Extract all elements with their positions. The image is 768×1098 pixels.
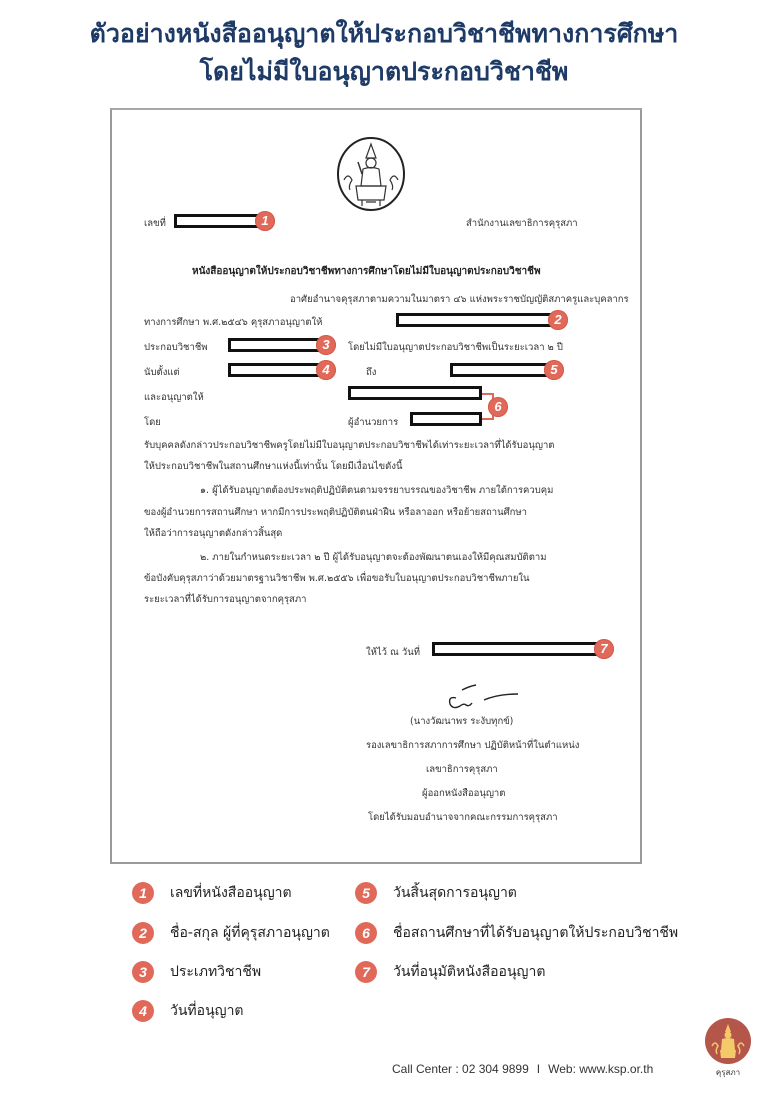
- legend-badge: 2: [132, 922, 154, 944]
- badge-1: 1: [255, 211, 275, 231]
- body-line2: ให้ประกอบวิชาชีพในสถานศึกษาแห่งนี้เท่านั…: [144, 459, 402, 474]
- legend-badge: 5: [355, 882, 377, 904]
- body-line1: รับบุคคลดังกล่าวประกอบวิชาชีพครูโดยไม่มี…: [144, 438, 554, 453]
- call-center: Call Center : 02 304 9899: [392, 1062, 529, 1076]
- condition2-line3: ระยะเวลาที่ได้รับการอนุญาตจากคุรุสภา: [144, 592, 306, 607]
- badge-7: 7: [594, 639, 614, 659]
- legend-label: เลขที่หนังสืออนุญาต: [170, 882, 292, 904]
- legend-label: ประเภทวิชาชีพ: [170, 961, 261, 983]
- legend-badge: 1: [132, 882, 154, 904]
- from-label: นับตั้งแต่: [144, 365, 180, 380]
- signer-position-4: โดยได้รับมอบอำนาจจากคณะกรรมการคุรุสภา: [368, 810, 558, 825]
- intro-line2: ทางการศึกษา พ.ศ.๒๕๔๖ คุรุสภาอนุญาตให้: [144, 315, 322, 330]
- badge-5: 5: [544, 360, 564, 380]
- signer-name: (นางวัฒนาพร ระงับทุกข์): [112, 714, 640, 729]
- school-name-field: [348, 386, 482, 400]
- legend-item-4: 4 วันที่อนุญาต: [132, 1000, 244, 1022]
- legend-badge: 7: [355, 961, 377, 983]
- legend-badge: 6: [355, 922, 377, 944]
- badge-4: 4: [316, 360, 336, 380]
- badge-3: 3: [316, 335, 336, 355]
- signature-icon: [442, 680, 522, 710]
- legend-badge: 4: [132, 1000, 154, 1022]
- khurusapha-logo-icon: [705, 1018, 751, 1064]
- signer-position-3: ผู้ออกหนังสืออนุญาต: [422, 786, 505, 801]
- badge-6: 6: [488, 397, 508, 417]
- website-link[interactable]: Web: www.ksp.or.th: [548, 1062, 653, 1076]
- director-label: ผู้อำนวยการ: [348, 415, 398, 430]
- start-date-field: [228, 363, 322, 377]
- legend-label: วันที่อนุมัติหนังสืออนุญาต: [393, 961, 545, 983]
- logo-caption: คุรุสภา: [705, 1066, 751, 1079]
- legend-item-6: 6 ชื่อสถานศึกษาที่ได้รับอนุญาตให้ประกอบว…: [355, 922, 678, 944]
- legend-badge: 3: [132, 961, 154, 983]
- license-document: เลขที่ 1 สำนักงานเลขาธิการคุรุสภา หนังสื…: [110, 108, 642, 864]
- intro-line1: อาศัยอำนาจคุรุสภาตามความในมาตรา ๔๖ แห่งพ…: [290, 292, 629, 307]
- badge-2: 2: [548, 310, 568, 330]
- end-date-field: [450, 363, 550, 377]
- signer-position-2: เลขาธิการคุรุสภา: [426, 762, 498, 777]
- to-label: ถึง: [366, 365, 376, 380]
- approval-date-field: [432, 642, 598, 656]
- licensee-name-field: [396, 313, 556, 327]
- page-title-line2: โดยไม่มีใบอนุญาตประกอบวิชาชีพ: [0, 52, 768, 92]
- legend-label: ชื่อสถานศึกษาที่ได้รับอนุญาตให้ประกอบวิช…: [393, 922, 678, 944]
- duration-text: โดยไม่มีใบอนุญาตประกอบวิชาชีพเป็นระยะเวล…: [348, 340, 563, 355]
- legend-label: วันที่อนุญาต: [170, 1000, 244, 1022]
- condition1-line3: ให้ถือว่าการอนุญาตดังกล่าวสิ้นสุด: [144, 526, 282, 541]
- legend-item-1: 1 เลขที่หนังสืออนุญาต: [132, 882, 292, 904]
- legend-item-5: 5 วันสิ้นสุดการอนุญาต: [355, 882, 517, 904]
- condition1-line1: ๑. ผู้ได้รับอนุญาตต้องประพฤติปฏิบัติตนตา…: [200, 483, 553, 498]
- profession-type-field: [228, 338, 322, 352]
- permit-label: และอนุญาตให้: [144, 390, 204, 405]
- office-name: สำนักงานเลขาธิการคุรุสภา: [466, 216, 578, 231]
- legend-label: ชื่อ-สกุล ผู้ที่คุรุสภาอนุญาต: [170, 922, 330, 944]
- given-date-label: ให้ไว้ ณ วันที่: [366, 645, 420, 660]
- condition2-line2: ข้อบังคับคุรุสภาว่าด้วยมาตรฐานวิชาชีพ พ.…: [144, 571, 530, 586]
- legend-item-2: 2 ชื่อ-สกุล ผู้ที่คุรุสภาอนุญาต: [132, 922, 330, 944]
- document-heading: หนังสืออนุญาตให้ประกอบวิชาชีพทางการศึกษา…: [192, 264, 541, 279]
- signer-position-1: รองเลขาธิการสภาการศึกษา ปฏิบัติหน้าที่ใน…: [366, 738, 579, 753]
- footer-separator: I: [537, 1062, 540, 1076]
- license-number-field: [174, 214, 264, 228]
- profession-label: ประกอบวิชาชีพ: [144, 340, 208, 355]
- condition1-line2: ของผู้อำนวยการสถานศึกษา หากมีการประพฤติป…: [144, 505, 527, 520]
- director-field: [410, 412, 482, 426]
- legend-label: วันสิ้นสุดการอนุญาต: [393, 882, 517, 904]
- condition2-line1: ๒. ภายในกำหนดระยะเวลา ๒ ปี ผู้ได้รับอนุญ…: [200, 550, 547, 565]
- page-title-line1: ตัวอย่างหนังสืออนุญาตให้ประกอบวิชาชีพทาง…: [0, 14, 768, 54]
- by-label: โดย: [144, 415, 161, 430]
- khurusapha-seal-icon: [336, 136, 406, 212]
- number-label: เลขที่: [144, 216, 166, 231]
- legend-item-7: 7 วันที่อนุมัติหนังสืออนุญาต: [355, 961, 545, 983]
- legend-item-3: 3 ประเภทวิชาชีพ: [132, 961, 261, 983]
- footer-contact: Call Center : 02 304 9899IWeb: www.ksp.o…: [392, 1062, 653, 1076]
